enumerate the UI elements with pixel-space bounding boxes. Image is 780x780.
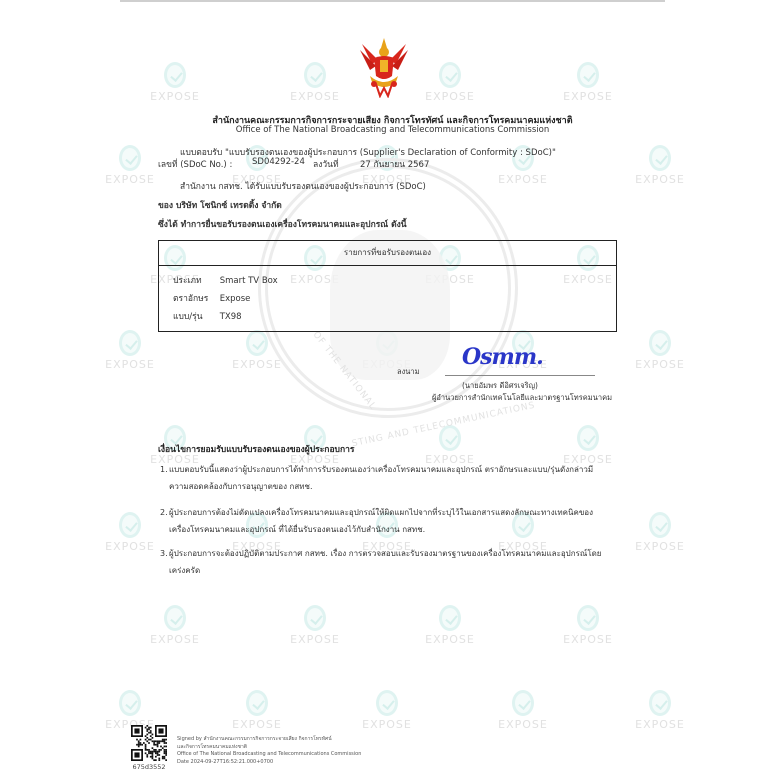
document: สำนักงานคณะกรรมการกิจการกระจายเสียง กิจก… bbox=[0, 0, 780, 780]
sign-label: ลงนาม bbox=[397, 366, 420, 378]
digital-signature-line: Signed by สำนักงานคณะกรรมการกิจการกระจาย… bbox=[177, 735, 332, 743]
row-value: Smart TV Box bbox=[220, 276, 278, 286]
date-value: 27 กันยายน 2567 bbox=[360, 157, 429, 171]
org-name-english: Office of The National Broadcasting and … bbox=[120, 125, 665, 135]
condition-item: 2.ผู้ประกอบการต้องไม่ดัดแปลงเครื่องโทรคม… bbox=[160, 504, 630, 538]
qr-code-icon[interactable] bbox=[131, 725, 167, 761]
row-value: Expose bbox=[220, 294, 251, 304]
condition-item: 1.แบบตอบรับนี้แสดงว่าผู้ประกอบการได้ทำกา… bbox=[160, 461, 630, 495]
digital-signature-line: และกิจการโทรคมนาคมแห่งชาติ bbox=[177, 743, 247, 751]
doc-no-value: SD04292-24 bbox=[252, 157, 305, 167]
certified-items-title: รายการที่ขอรับรองตนเอง bbox=[159, 241, 616, 266]
signer-position: ผู้อำนวยการสำนักเทคโนโลยีและมาตรฐานโทรคม… bbox=[432, 392, 612, 404]
signature-line bbox=[445, 375, 595, 376]
date-label: ลงวันที่ bbox=[313, 157, 339, 171]
row-label: ตราอักษร bbox=[173, 291, 217, 305]
row-label: แบบ/รุ่น bbox=[173, 309, 217, 323]
qr-code-text: 675d3552 bbox=[124, 763, 174, 771]
digital-signature-line: Office of The National Broadcasting and … bbox=[177, 751, 361, 757]
company-line: ของ บริษัท โซนิกซ์ เทรดดิ้ง จำกัด bbox=[158, 198, 282, 212]
table-row: ตราอักษร Expose bbox=[173, 291, 250, 305]
signer-name: (นายอัมพร ดีอิศรเจริญ) bbox=[462, 380, 538, 392]
request-line: ซึ่งได้ ทำการยื่นขอรับรองตนเองเครื่องโทร… bbox=[158, 217, 407, 231]
table-row: ประเภท Smart TV Box bbox=[173, 273, 278, 287]
row-label: ประเภท bbox=[173, 273, 217, 287]
condition-item: 3.ผู้ประกอบการจะต้องปฏิบัติตามประกาศ กสท… bbox=[160, 545, 630, 579]
table-row: แบบ/รุ่น TX98 bbox=[173, 309, 242, 323]
received-text: สำนักงาน กสทช. ได้รับแบบรับรองตนเองของผู… bbox=[180, 179, 426, 193]
signature-image: Osmm. bbox=[462, 344, 543, 370]
row-value: TX98 bbox=[220, 312, 242, 322]
digital-signature-date: Date 2024-09-27T16:52:21.000+0700 bbox=[177, 759, 273, 765]
doc-no-label: เลขที่ (SDoC No.) : bbox=[158, 157, 232, 171]
garuda-emblem-icon bbox=[358, 36, 410, 98]
conditions-title: เงื่อนไขการยอมรับแบบรับรองตนเองของผู้ประ… bbox=[158, 442, 354, 456]
certified-items-table: รายการที่ขอรับรองตนเอง ประเภท Smart TV B… bbox=[158, 240, 617, 332]
